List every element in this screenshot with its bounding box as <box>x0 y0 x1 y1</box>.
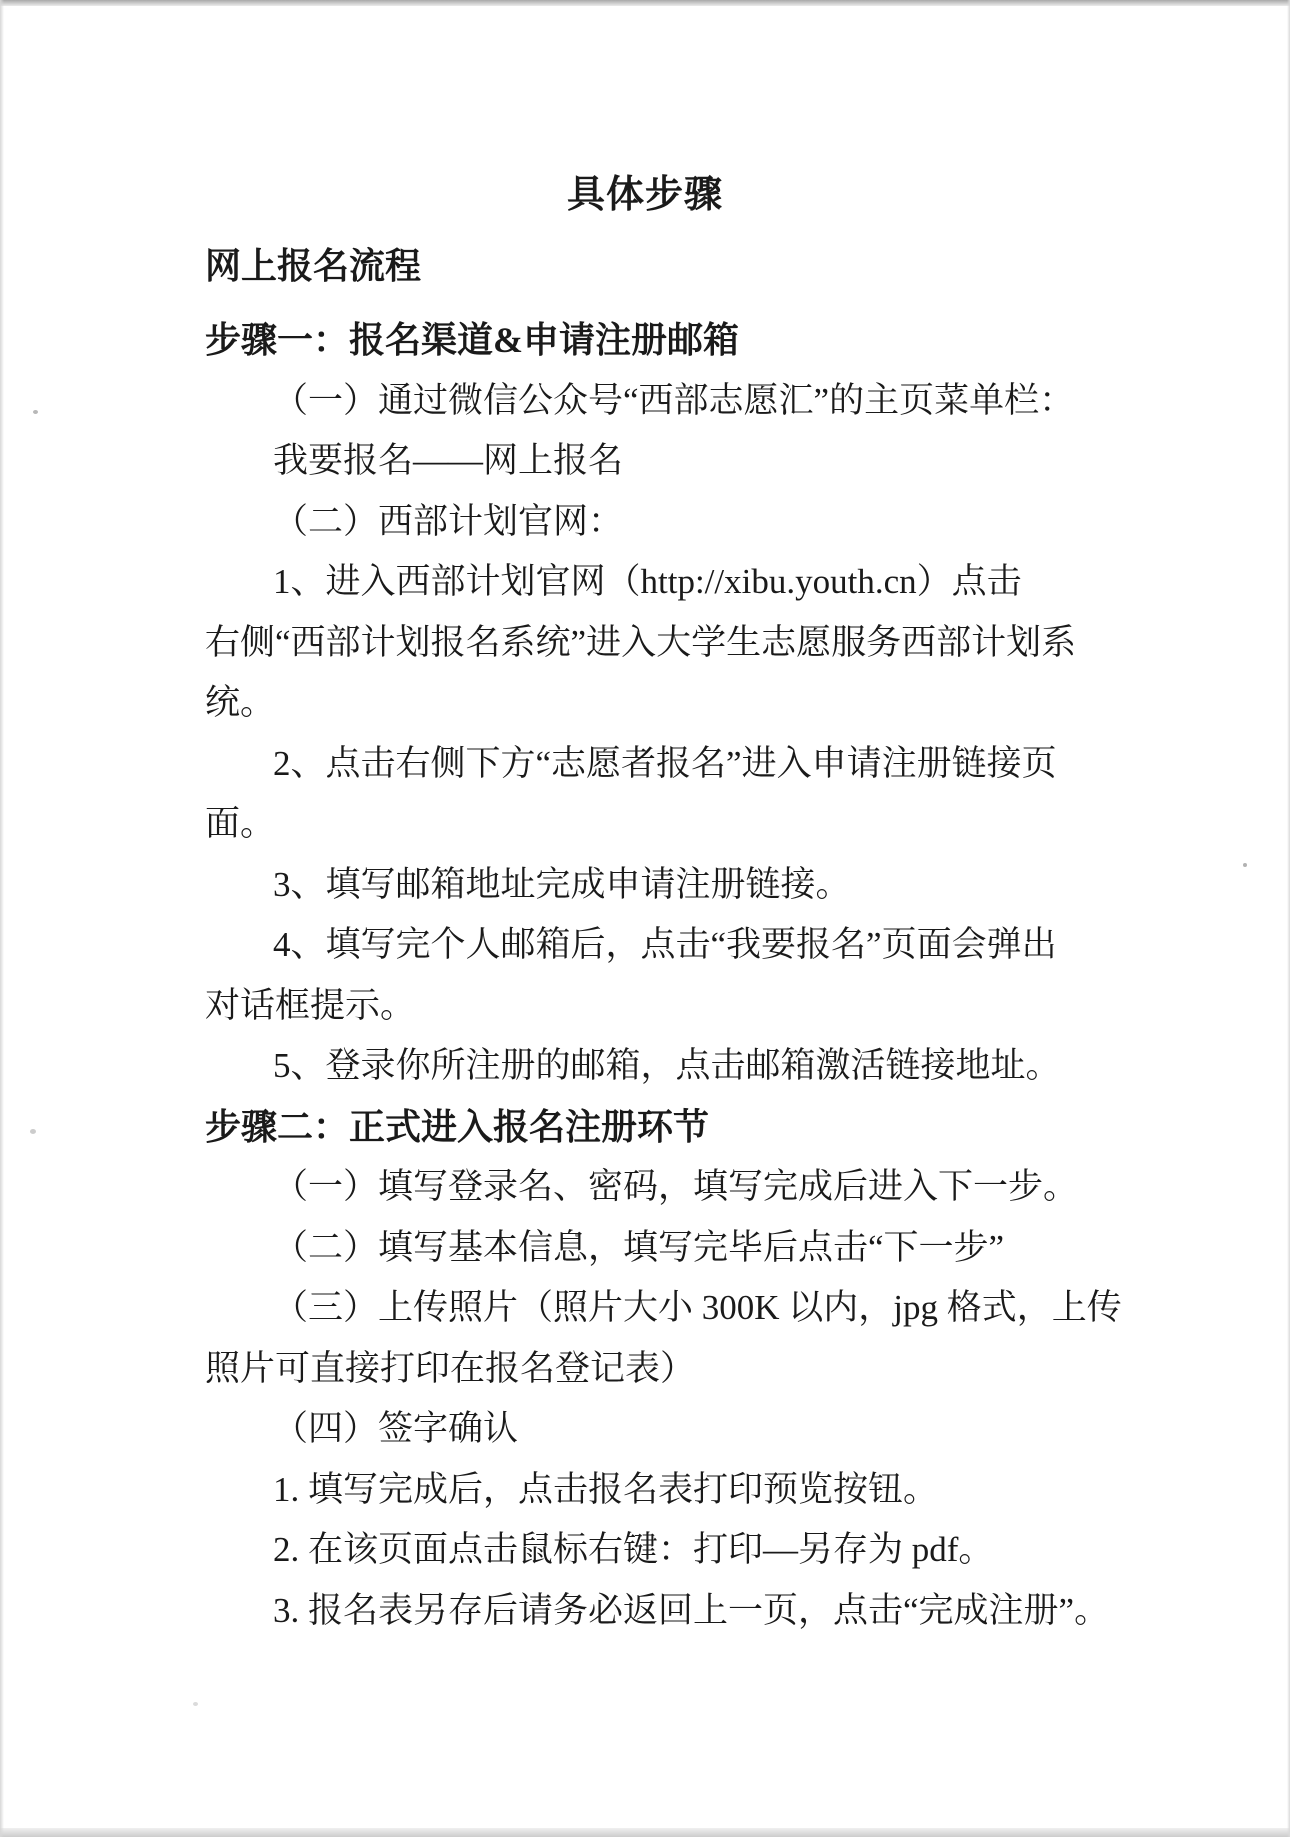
para-step1-item1-line3: 统。 <box>205 673 1290 734</box>
document-content: 具体步骤 网上报名流程步骤一：报名渠道&申请注册邮箱（一）通过微信公众号“西部志… <box>0 0 1290 1837</box>
para-channel-website: （二）西部计划官网： <box>205 492 1290 553</box>
page-title: 具体步骤 <box>0 165 1290 226</box>
document-body: 网上报名流程步骤一：报名渠道&申请注册邮箱（一）通过微信公众号“西部志愿汇”的主… <box>205 236 1290 1642</box>
para-step1-item1-line2: 右侧“西部计划报名系统”进入大学生志愿服务西部计划系 <box>205 613 1290 674</box>
para-step1-item4-line2: 对话框提示。 <box>205 976 1290 1037</box>
para-step2-item3-line2: 照片可直接打印在报名登记表） <box>205 1339 1290 1400</box>
heading-step-one: 步骤一：报名渠道&申请注册邮箱 <box>205 310 1290 371</box>
para-channel-wechat: （一）通过微信公众号“西部志愿汇”的主页菜单栏： <box>205 371 1290 432</box>
para-step2-item4: （四）签字确认 <box>205 1399 1290 1460</box>
para-step1-item2-line1: 2、点击右侧下方“志愿者报名”进入申请注册链接页 <box>205 734 1290 795</box>
para-step1-item5: 5、登录你所注册的邮箱，点击邮箱激活链接地址。 <box>205 1036 1290 1097</box>
para-step1-item1-line1: 1、进入西部计划官网（http://xibu.youth.cn）点击 <box>205 552 1290 613</box>
para-step2-item3-line1: （三）上传照片（照片大小 300K 以内，jpg 格式，上传 <box>205 1278 1290 1339</box>
para-sign-item3: 3. 报名表另存后请务必返回上一页，点击“完成注册”。 <box>205 1581 1290 1642</box>
para-step2-item1: （一）填写登录名、密码，填写完成后进入下一步。 <box>205 1157 1290 1218</box>
para-channel-wechat-path: 我要报名——网上报名 <box>205 431 1290 492</box>
para-sign-item2: 2. 在该页面点击鼠标右键：打印—另存为 pdf。 <box>205 1520 1290 1581</box>
para-step1-item3: 3、填写邮箱地址完成申请注册链接。 <box>205 855 1290 916</box>
scanned-document-page: 具体步骤 网上报名流程步骤一：报名渠道&申请注册邮箱（一）通过微信公众号“西部志… <box>0 0 1290 1837</box>
heading-online-registration-process: 网上报名流程 <box>205 236 1290 297</box>
para-step2-item2: （二）填写基本信息，填写完毕后点击“下一步” <box>205 1218 1290 1279</box>
para-step1-item4-line1: 4、填写完个人邮箱后，点击“我要报名”页面会弹出 <box>205 915 1290 976</box>
para-step1-item2-line2: 面。 <box>205 794 1290 855</box>
heading-step-two: 步骤二：正式进入报名注册环节 <box>205 1097 1290 1158</box>
para-sign-item1: 1. 填写完成后，点击报名表打印预览按钮。 <box>205 1460 1290 1521</box>
